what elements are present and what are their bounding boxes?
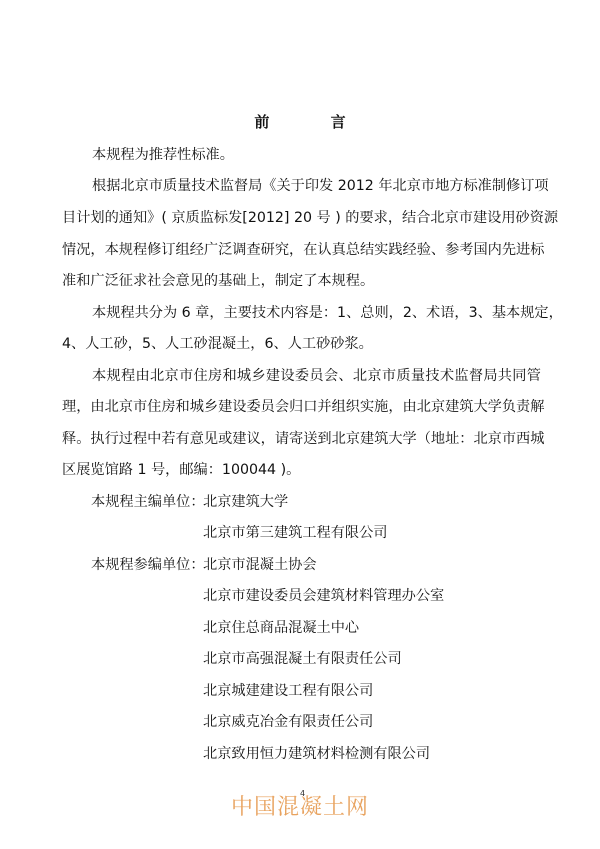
- participating-org: 北京市建设委员会建筑材料管理办公室: [203, 587, 444, 605]
- participating-org: 北京威克冶金有限责任公司: [203, 713, 373, 731]
- paragraph-4-line-2: 理，由北京市住房和城乡建设委员会归口并组织实施，由北京建筑大学负责解: [62, 398, 541, 416]
- paragraph-4-line-4: 区展览馆路 1 号，邮编：100044 )。: [62, 461, 300, 479]
- paragraph-2-line-3: 情况，本规程修订组经广泛调查研究，在认真总结实践经验、参考国内先进标: [62, 241, 541, 259]
- paragraph-4-line-3: 释。执行过程中若有意见或建议，请寄送到北京建筑大学（地址：北京市西城: [62, 430, 541, 448]
- paragraph-2-line-4: 准和广泛征求社会意见的基础上，制定了本规程。: [62, 272, 374, 290]
- paragraph-3-line-2: 4、人工砂，5、人工砂混凝土，6、人工砂砂浆。: [62, 335, 373, 353]
- document-page: 前 言 本规程为推荐性标准。 根据北京市质量技术监督局《关于印发 2012 年北…: [0, 0, 600, 849]
- paragraph-2-line-1: 根据北京市质量技术监督局《关于印发 2012 年北京市地方标准制修订项: [92, 177, 541, 195]
- paragraph-1-line-1: 本规程为推荐性标准。: [92, 146, 234, 164]
- participating-org: 北京市混凝土协会: [203, 556, 317, 574]
- participating-label: 本规程参编单位：: [91, 556, 205, 574]
- participating-org: 北京住总商品混凝土中心: [203, 619, 359, 637]
- chief-editor-label: 本规程主编单位：: [91, 493, 205, 511]
- participating-org: 北京市高强混凝土有限责任公司: [203, 650, 402, 668]
- participating-org: 北京致用恒力建筑材料检测有限公司: [203, 745, 430, 763]
- paragraph-2-line-2: 目计划的通知》( 京质监标发[2012] 20 号 ) 的要求，结合北京市建设用…: [62, 209, 541, 227]
- page-number: 4: [300, 789, 305, 798]
- paragraph-4-line-1: 本规程由北京市住房和城乡建设委员会、北京市质量技术监督局共同管: [92, 367, 541, 385]
- participating-org: 北京城建建设工程有限公司: [203, 682, 373, 700]
- paragraph-3-line-1: 本规程共分为 6 章，主要技术内容是：1、总则，2、术语，3、基本规定，: [92, 304, 541, 322]
- chief-editor-org: 北京市第三建筑工程有限公司: [203, 524, 387, 542]
- chief-editor-org: 北京建筑大学: [203, 493, 288, 511]
- page-title: 前 言: [0, 111, 600, 132]
